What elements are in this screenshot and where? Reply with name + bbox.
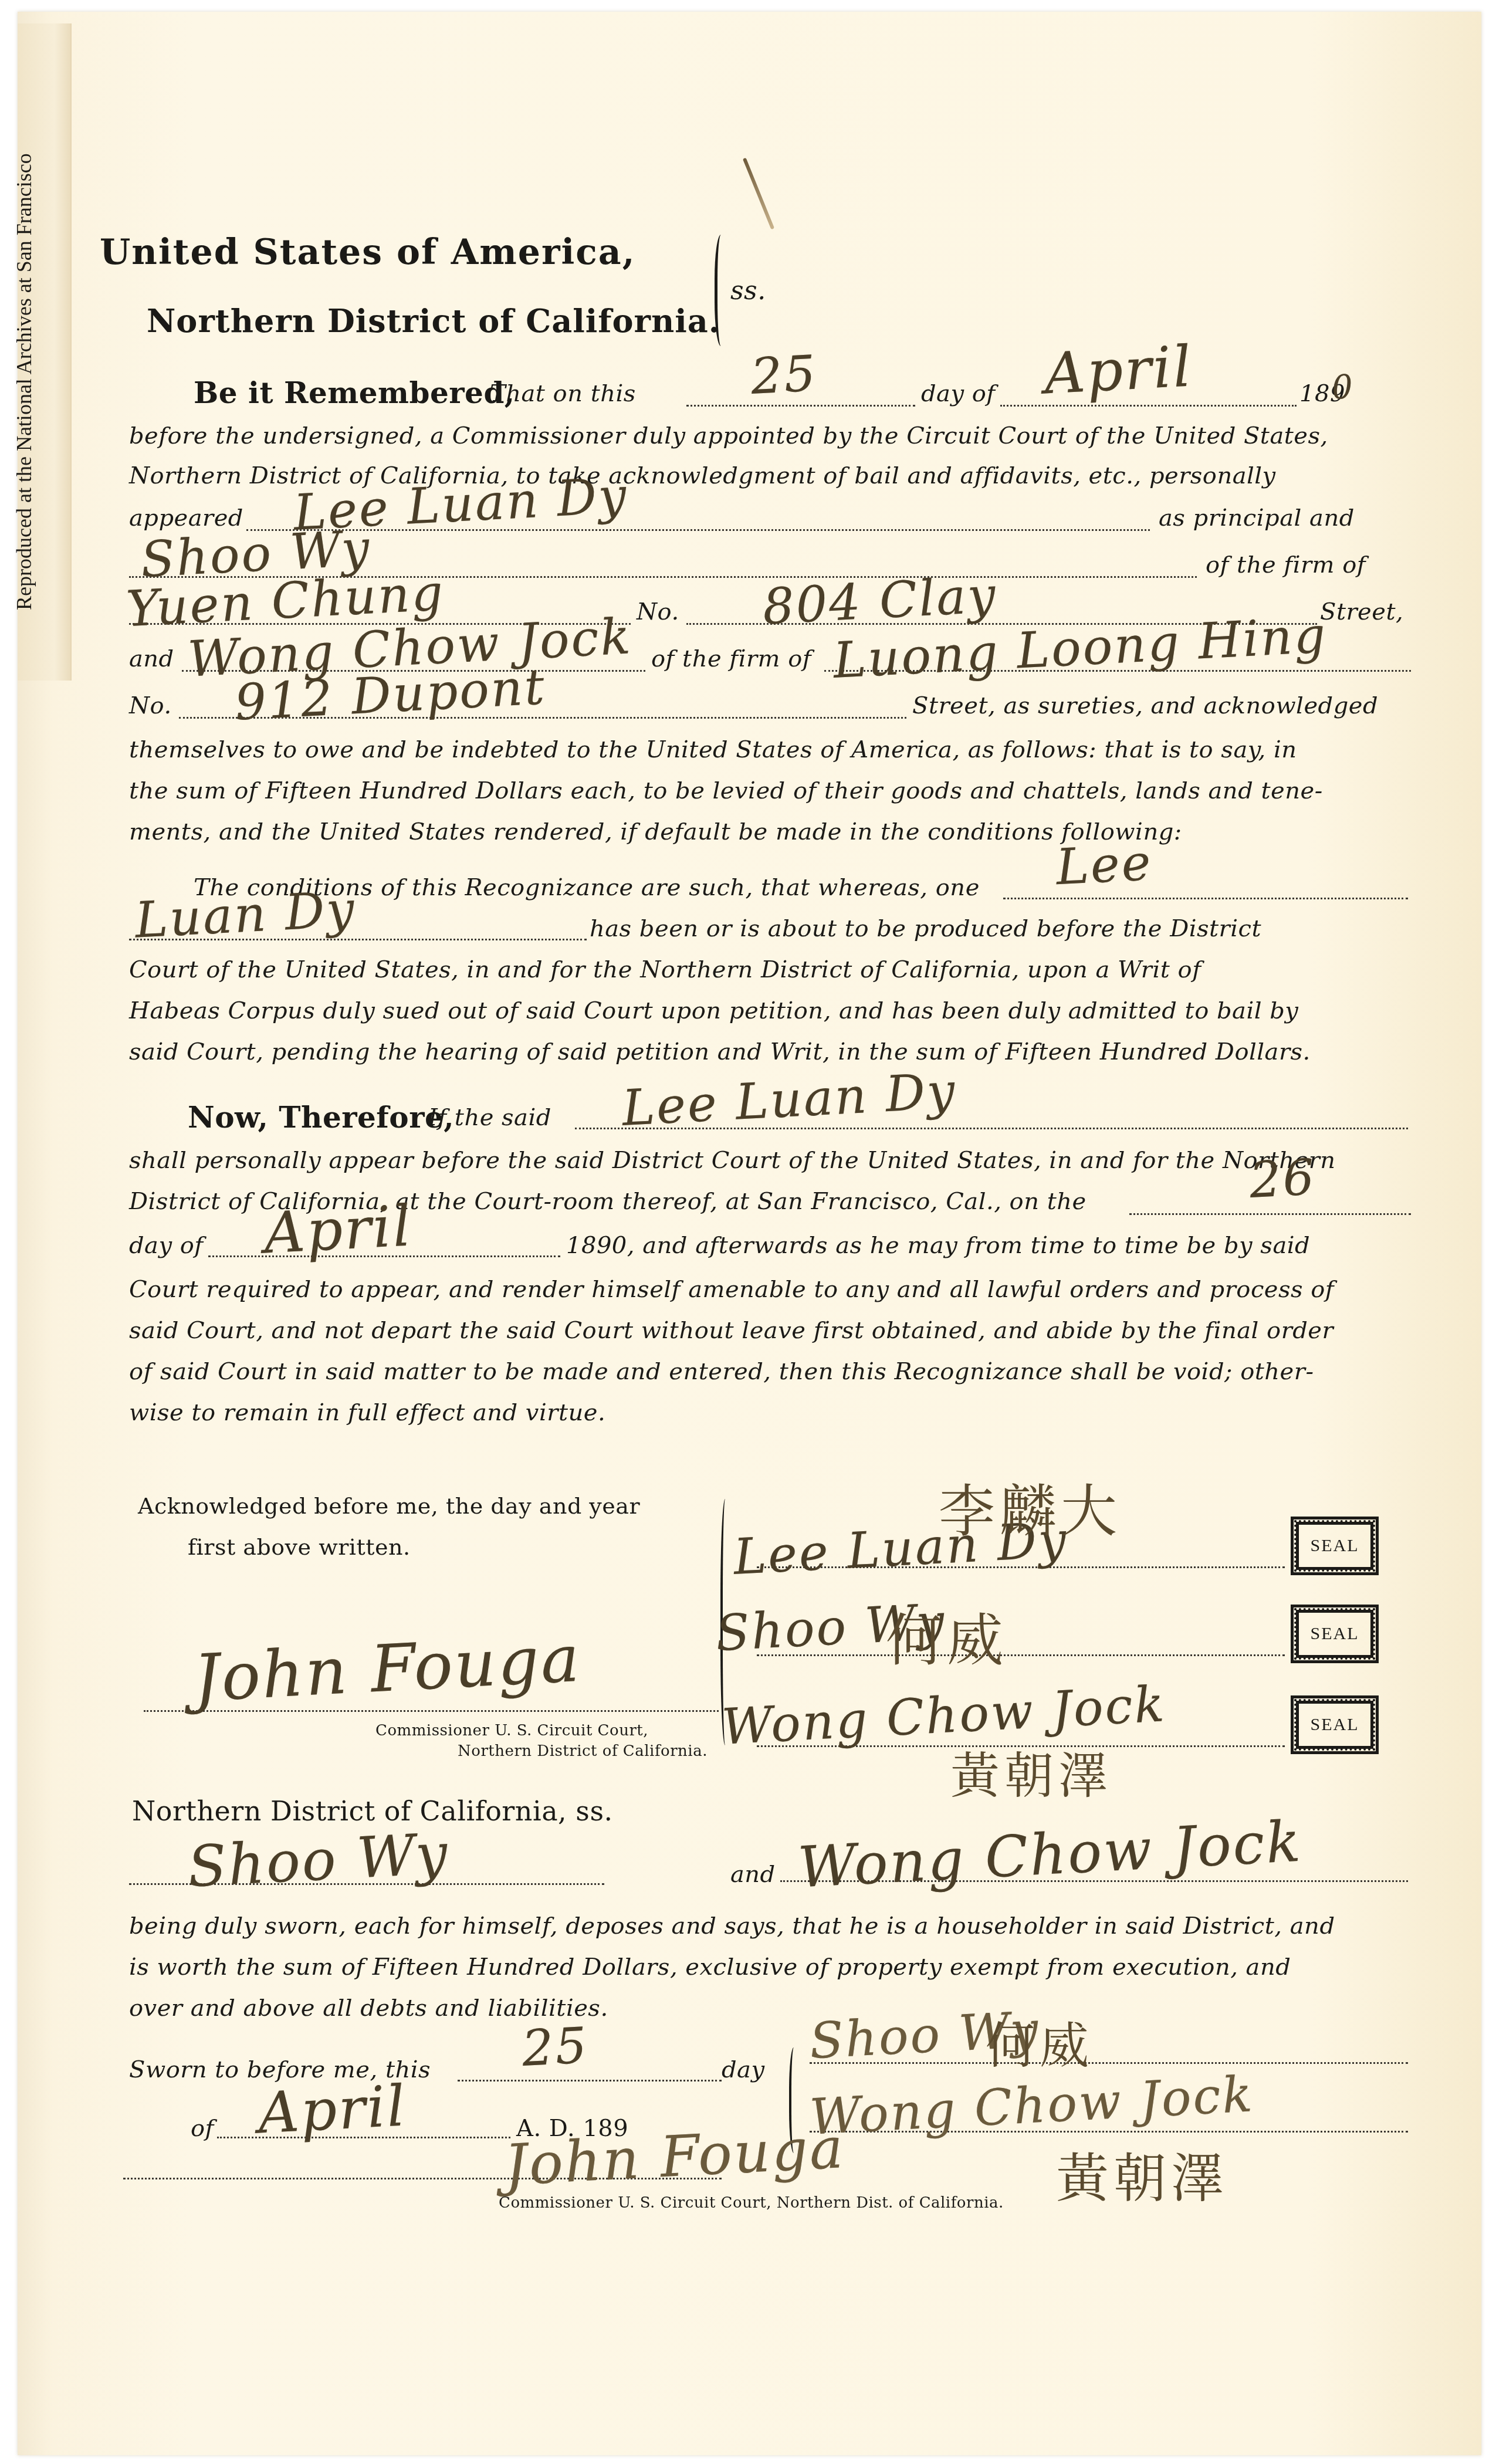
as-principal-and-label: as principal and bbox=[1159, 505, 1355, 532]
therefore-line-8: wise to remain in full effect and virtue… bbox=[129, 1399, 605, 1426]
affidavit-commissioner-title: Commissioner U. S. Circuit Court, Northe… bbox=[499, 2194, 1004, 2212]
affidavit-signer1-chinese: 何威 bbox=[986, 2006, 1094, 2077]
commissioner-title-2: Northern District of California. bbox=[458, 1742, 708, 1760]
year-value: 0 bbox=[1331, 368, 1355, 407]
of-the-firm-of-label: of the firm of bbox=[1206, 551, 1366, 578]
day-of-label-2: day of bbox=[129, 1232, 204, 1259]
affidavit-surety1: Shoo Wy bbox=[186, 1820, 451, 1900]
no-label-2: No. bbox=[129, 692, 172, 719]
sworn-month: April bbox=[256, 2073, 408, 2146]
street-sureties-label: Street, as sureties, and acknowledged bbox=[912, 692, 1378, 719]
heading-district: Northern District of California. bbox=[147, 302, 720, 340]
acknowledged-line-1: Acknowledged before me, the day and year bbox=[138, 1493, 640, 1519]
month-line bbox=[1000, 405, 1297, 407]
acknowledged-line-2: first above written. bbox=[188, 1534, 411, 1560]
sworn-day-line bbox=[458, 2080, 722, 2081]
conditions-name-part2: Luan Dy bbox=[134, 880, 357, 949]
commissioner-title-1: Commissioner U. S. Circuit Court, bbox=[375, 1722, 648, 1739]
conditions-line-2: has been or is about to be produced befo… bbox=[590, 915, 1261, 942]
if-the-said-label: If the said bbox=[428, 1104, 551, 1131]
therefore-line-6: said Court, and not depart the said Cour… bbox=[129, 1317, 1333, 1344]
affidavit-line-3: over and above all debts and liabilities… bbox=[129, 1995, 608, 2022]
heading-country: United States of America, bbox=[100, 232, 636, 273]
venue-mark: ss. bbox=[730, 276, 766, 306]
body-line-10: ments, and the United States rendered, i… bbox=[129, 818, 1182, 845]
therefore-line-7: of said Court in said matter to be made … bbox=[129, 1358, 1314, 1385]
be-it-remembered: Be it Remembered, bbox=[194, 375, 515, 410]
now-therefore: Now, Therefore, bbox=[188, 1100, 454, 1135]
street-label-1: Street, bbox=[1320, 598, 1403, 625]
day-of-label: day of bbox=[921, 380, 996, 407]
affidavit-and-label: and bbox=[730, 1861, 776, 1888]
affidavit-signer2-chinese: 黃朝澤 bbox=[1056, 2135, 1228, 2212]
sworn-day: 25 bbox=[521, 2016, 590, 2077]
therefore-line-5: Court required to appear, and render him… bbox=[129, 1276, 1334, 1303]
body-line-8: themselves to owe and be indebted to the… bbox=[129, 736, 1297, 763]
of-the-firm-of-label-2: of the firm of bbox=[651, 645, 811, 672]
that-on-this-label: That on this bbox=[490, 380, 636, 407]
no-label-1: No. bbox=[637, 598, 679, 625]
signature-1-chinese: 李麟大 bbox=[939, 1467, 1122, 1547]
heading-brace bbox=[715, 235, 730, 346]
therefore-year-text: 1890, and afterwards as he may from time… bbox=[566, 1232, 1310, 1259]
conditions-line-4: Habeas Corpus duly sued out of said Cour… bbox=[129, 997, 1298, 1024]
month-value: April bbox=[1043, 333, 1194, 407]
conditions-line-3: Court of the United States, in and for t… bbox=[129, 956, 1201, 983]
conditions-name-part1: Lee bbox=[1055, 834, 1154, 896]
body-line-2: before the undersigned, a Commissioner d… bbox=[129, 422, 1328, 449]
conditions-line-5: said Court, pending the hearing of said … bbox=[129, 1038, 1311, 1065]
archive-note: Reproduced at the National Archives at S… bbox=[12, 153, 36, 610]
signature-2-chinese: 何威 bbox=[886, 1596, 1008, 1676]
affidavit-line-1: being duly sworn, each for himself, depo… bbox=[129, 1913, 1335, 1940]
seal-1: SEAL bbox=[1291, 1517, 1379, 1575]
therefore-line-2: shall personally appear before the said … bbox=[129, 1147, 1336, 1174]
sworn-of-label: of bbox=[191, 2115, 214, 2142]
body-line-9: the sum of Fifteen Hundred Dollars each,… bbox=[129, 777, 1323, 804]
seal-3: SEAL bbox=[1291, 1695, 1379, 1754]
seal-2: SEAL bbox=[1291, 1605, 1379, 1663]
appear-day-line bbox=[1129, 1213, 1411, 1215]
signature-3-chinese: 黃朝澤 bbox=[950, 1737, 1112, 1808]
and-label-1: and bbox=[129, 645, 174, 672]
appear-day: 26 bbox=[1248, 1148, 1318, 1209]
day-value: 25 bbox=[750, 344, 819, 405]
affidavit-heading: Northern District of California, ss. bbox=[132, 1795, 613, 1827]
day-line bbox=[686, 405, 915, 407]
affidavit-line-2: is worth the sum of Fifteen Hundred Doll… bbox=[129, 1954, 1291, 1981]
appear-month: April bbox=[262, 1193, 414, 1266]
sworn-day-label: day bbox=[722, 2056, 765, 2083]
conditions-name-line-1 bbox=[1003, 898, 1408, 899]
